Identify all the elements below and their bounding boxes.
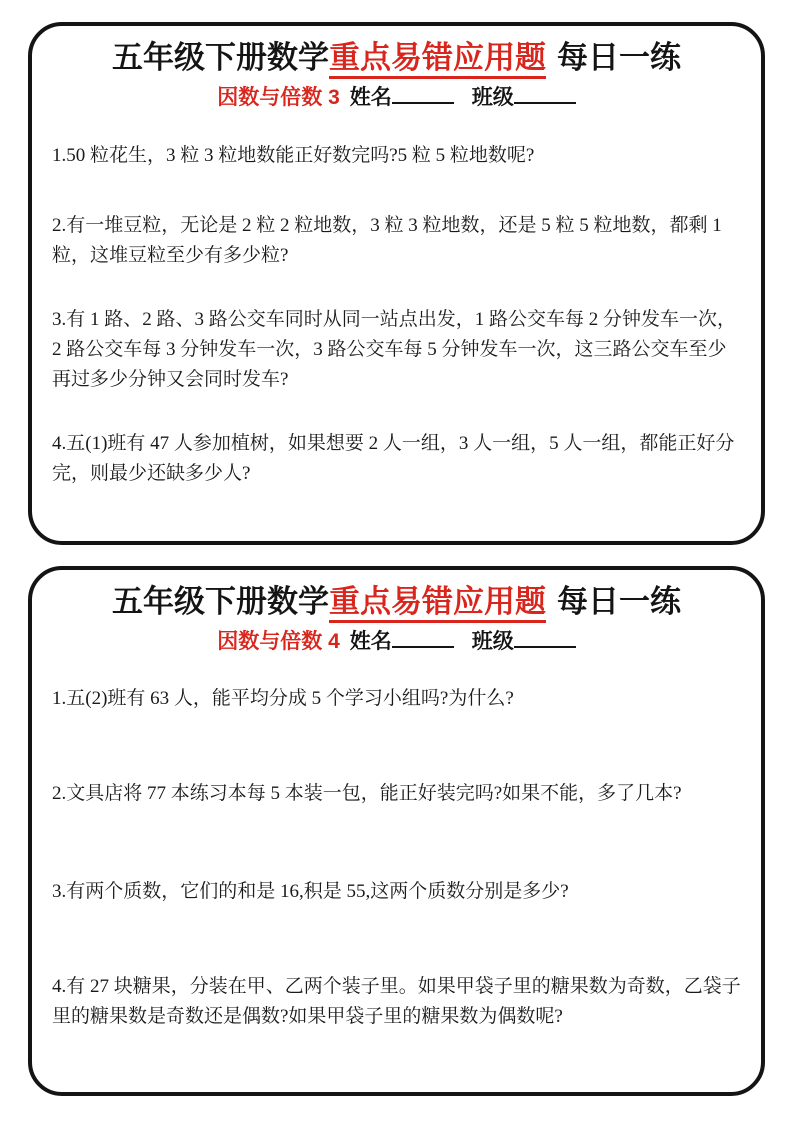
question-item: 4.有 27 块糖果，分装在甲、乙两个装子里。如果甲袋子里的糖果数为奇数，乙袋子…	[52, 972, 745, 1032]
panel-subheader: 因数与倍数 4姓名班级	[32, 629, 761, 654]
worksheet-page: { "colors": { "accent_red": "#d9251c", "…	[0, 0, 793, 1121]
name-label: 姓名	[350, 630, 392, 653]
class-blank-line	[514, 629, 576, 648]
title-suffix: 每日一练	[557, 584, 681, 619]
class-label: 班级	[472, 630, 514, 653]
panel-subheader: 因数与倍数 3姓名班级	[32, 85, 761, 110]
name-blank-line	[392, 85, 454, 104]
name-blank-line	[392, 629, 454, 648]
class-blank-line	[514, 85, 576, 104]
unit-label: 因数与倍数 4	[217, 630, 340, 653]
question-item: 2.文具店将 77 本练习本每 5 本装一包，能正好装完吗?如果不能，多了几本?	[52, 779, 745, 809]
title-prefix: 五年级下册数学	[112, 40, 329, 75]
worksheet-panel-2: 五年级下册数学重点易错应用题每日一练 因数与倍数 4姓名班级 1.五(2)班有 …	[28, 566, 765, 1096]
question-item: 1.五(2)班有 63 人，能平均分成 5 个学习小组吗?为什么?	[52, 684, 745, 714]
title-suffix: 每日一练	[557, 40, 681, 75]
title-red-highlight: 重点易错应用题	[329, 40, 546, 79]
panel-title: 五年级下册数学重点易错应用题每日一练	[40, 39, 753, 76]
question-item: 3.有 1 路、2 路、3 路公交车同时从同一站点出发，1 路公交车每 2 分钟…	[52, 305, 745, 395]
question-item: 3.有两个质数，它们的和是 16,积是 55,这两个质数分别是多少?	[52, 877, 745, 907]
title-prefix: 五年级下册数学	[112, 584, 329, 619]
question-item: 4.五(1)班有 47 人参加植树，如果想要 2 人一组，3 人一组，5 人一组…	[52, 429, 745, 489]
question-item: 1.50 粒花生，3 粒 3 粒地数能正好数完吗?5 粒 5 粒地数呢?	[52, 141, 745, 171]
name-label: 姓名	[350, 86, 392, 109]
class-label: 班级	[472, 86, 514, 109]
panel-title: 五年级下册数学重点易错应用题每日一练	[40, 583, 753, 620]
question-item: 2.有一堆豆粒，无论是 2 粒 2 粒地数，3 粒 3 粒地数，还是 5 粒 5…	[52, 211, 745, 271]
worksheet-panel-1: 五年级下册数学重点易错应用题每日一练 因数与倍数 3姓名班级 1.50 粒花生，…	[28, 22, 765, 545]
unit-label: 因数与倍数 3	[217, 86, 340, 109]
title-red-highlight: 重点易错应用题	[329, 584, 546, 623]
